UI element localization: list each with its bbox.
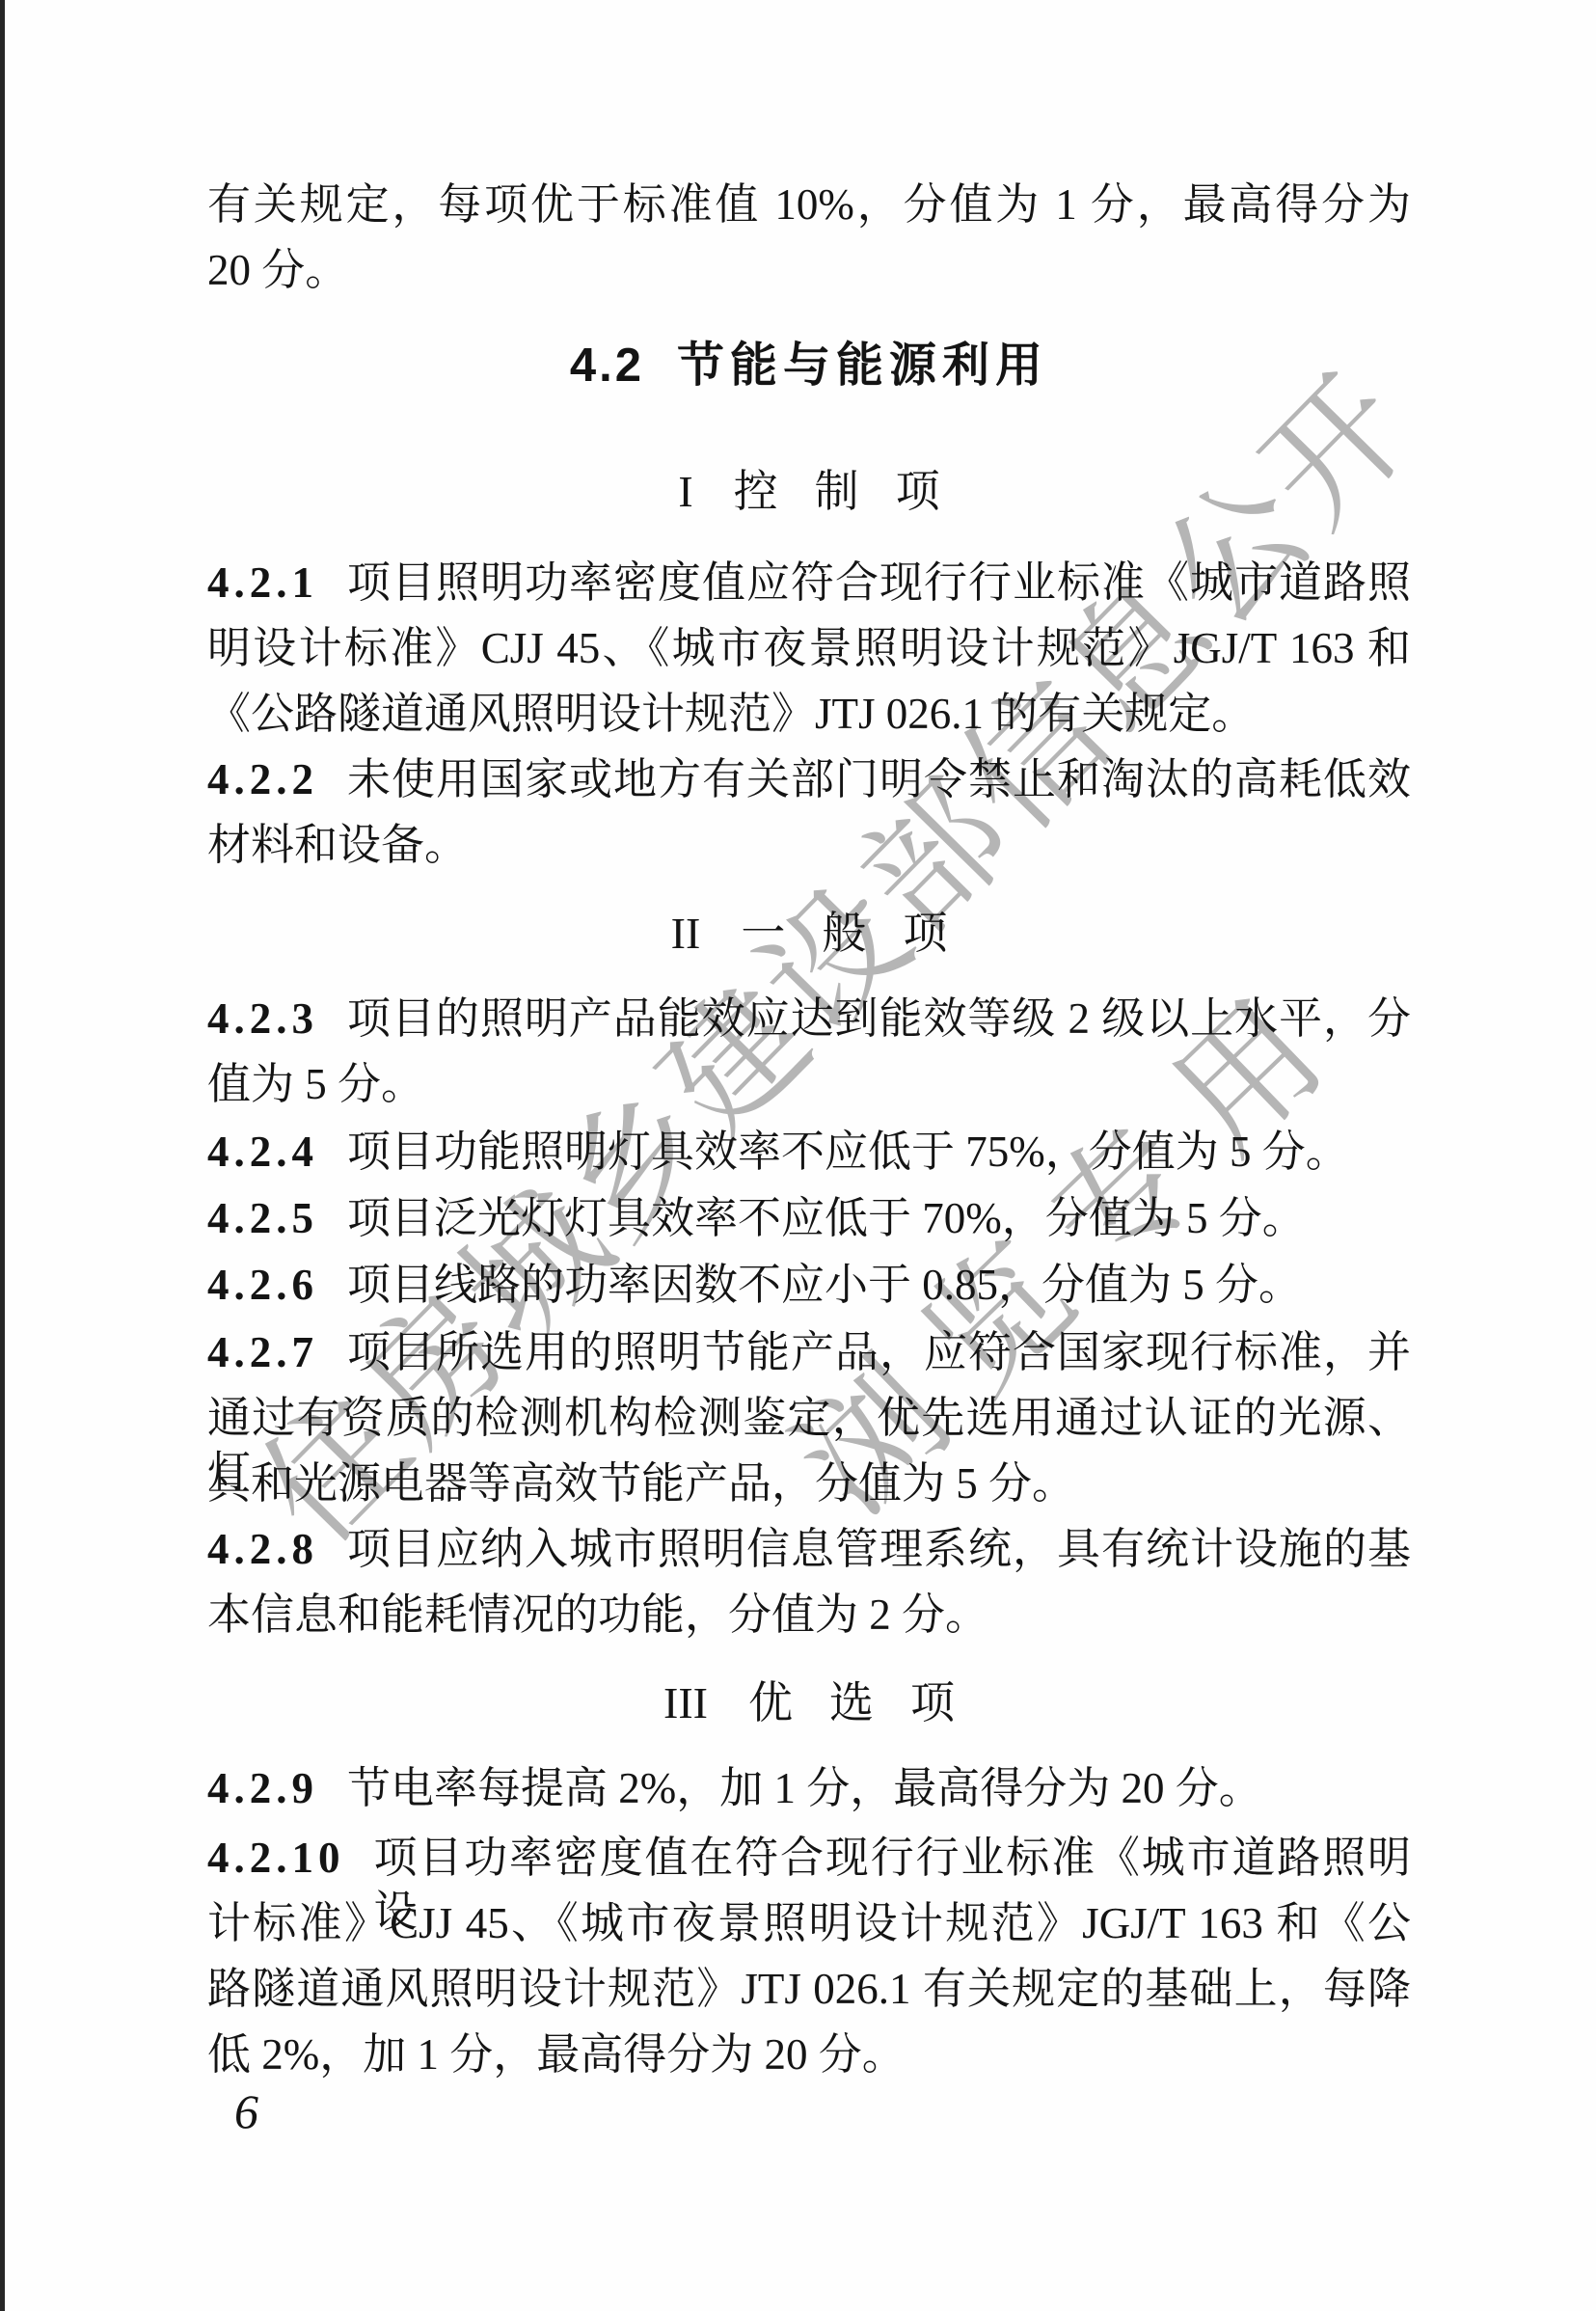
clause-number: 4.2.5 bbox=[207, 1191, 318, 1245]
clause-4-2-3-line-1: 4.2.3项目的照明产品能效应达到能效等级 2 级以上水平，分 bbox=[207, 992, 1411, 1046]
clause-text: 项目功能照明灯具效率不应低于 75%，分值为 5 分。 bbox=[347, 1125, 1411, 1179]
clause-number: 4.2.10 bbox=[207, 1831, 345, 1885]
clause-4-2-10-line-1: 4.2.10项目功率密度值在符合现行行业标准《城市道路照明设 bbox=[207, 1831, 1411, 1885]
clause-text: 项目应纳入城市照明信息管理系统，具有统计设施的基 bbox=[347, 1522, 1411, 1576]
section-heading: 4.2节能与能源利用 bbox=[207, 338, 1411, 394]
intro-line-1: 有关规定，每项优于标准值 10%，分值为 1 分，最高得分为 bbox=[207, 177, 1411, 231]
clause-4-2-10-line-3: 路隧道通风照明设计规范》JTJ 026.1 有关规定的基础上，每降 bbox=[207, 1962, 1411, 2016]
group-heading-preferred-items: III优选项 bbox=[207, 1676, 1411, 1730]
group-numeral: II bbox=[671, 909, 701, 958]
scan-edge-artifact bbox=[0, 0, 5, 2311]
group-title: 优选项 bbox=[748, 1678, 991, 1727]
clause-4-2-10-line-4: 低 2%，加 1 分，最高得分为 20 分。 bbox=[207, 2027, 1411, 2081]
group-numeral: III bbox=[663, 1678, 708, 1727]
section-number: 4.2 bbox=[570, 340, 644, 392]
page-number: 6 bbox=[234, 2083, 258, 2139]
clause-text: 节电率每提高 2%，加 1 分，最高得分为 20 分。 bbox=[347, 1761, 1411, 1815]
clause-text: 项目功率密度值在符合现行行业标准《城市道路照明设 bbox=[374, 1831, 1412, 1885]
clause-4-2-6-line-1: 4.2.6项目线路的功率因数不应小于 0.85，分值为 5 分。 bbox=[207, 1258, 1411, 1312]
clause-4-2-5-line-1: 4.2.5项目泛光灯灯具效率不应低于 70%，分值为 5 分。 bbox=[207, 1191, 1411, 1245]
clause-number: 4.2.6 bbox=[207, 1258, 318, 1312]
clause-text: 项目照明功率密度值应符合现行行业标准《城市道路照 bbox=[347, 556, 1411, 610]
clause-text: 项目线路的功率因数不应小于 0.85，分值为 5 分。 bbox=[347, 1258, 1411, 1312]
clause-4-2-9-line-1: 4.2.9节电率每提高 2%，加 1 分，最高得分为 20 分。 bbox=[207, 1761, 1411, 1815]
clause-number: 4.2.1 bbox=[207, 556, 318, 610]
clause-4-2-7-line-1: 4.2.7项目所选用的照明节能产品，应符合国家现行标准，并 bbox=[207, 1325, 1411, 1379]
document-page: 住房城乡建设部信息公开 浏览专用 有关规定，每项优于标准值 10%，分值为 1 … bbox=[0, 0, 1596, 2311]
clause-text: 项目的照明产品能效应达到能效等级 2 级以上水平，分 bbox=[347, 992, 1411, 1046]
clause-4-2-3-line-2: 值为 5 分。 bbox=[207, 1057, 1411, 1111]
clause-4-2-2-line-1: 4.2.2未使用国家或地方有关部门明令禁止和淘汰的高耗低效 bbox=[207, 752, 1411, 806]
clause-4-2-2-line-2: 材料和设备。 bbox=[207, 818, 1411, 872]
clause-4-2-10-line-2: 计标准》CJJ 45、《城市夜景照明设计规范》JGJ/T 163 和《公 bbox=[207, 1896, 1411, 1950]
clause-number: 4.2.8 bbox=[207, 1522, 318, 1576]
clause-4-2-8-line-2: 本信息和能耗情况的功能，分值为 2 分。 bbox=[207, 1588, 1411, 1642]
clause-4-2-4-line-1: 4.2.4项目功能照明灯具效率不应低于 75%，分值为 5 分。 bbox=[207, 1125, 1411, 1179]
clause-text: 未使用国家或地方有关部门明令禁止和淘汰的高耗低效 bbox=[347, 752, 1411, 806]
clause-4-2-8-line-1: 4.2.8项目应纳入城市照明信息管理系统，具有统计设施的基 bbox=[207, 1522, 1411, 1576]
group-numeral: I bbox=[678, 467, 692, 516]
intro-line-2: 20 分。 bbox=[207, 243, 1411, 297]
clause-number: 4.2.4 bbox=[207, 1125, 318, 1179]
group-heading-control-items: I控制项 bbox=[207, 465, 1411, 519]
group-heading-general-items: II一般项 bbox=[207, 907, 1411, 961]
clause-number: 4.2.2 bbox=[207, 752, 318, 806]
clause-text: 项目泛光灯灯具效率不应低于 70%，分值为 5 分。 bbox=[347, 1191, 1411, 1245]
section-title: 节能与能源利用 bbox=[677, 340, 1048, 392]
clause-number: 4.2.7 bbox=[207, 1325, 318, 1379]
clause-4-2-1-line-1: 4.2.1项目照明功率密度值应符合现行行业标准《城市道路照 bbox=[207, 556, 1411, 610]
clause-4-2-1-line-2: 明设计标准》CJJ 45、《城市夜景照明设计规范》JGJ/T 163 和 bbox=[207, 621, 1411, 675]
group-title: 一般项 bbox=[741, 909, 984, 958]
clause-number: 4.2.9 bbox=[207, 1761, 318, 1815]
clause-4-2-1-line-3: 《公路隧道通风照明设计规范》JTJ 026.1 的有关规定。 bbox=[207, 687, 1411, 741]
clause-4-2-7-line-2: 通过有资质的检测机构检测鉴定，优先选用通过认证的光源、灯 bbox=[207, 1391, 1411, 1445]
group-title: 控制项 bbox=[734, 467, 977, 516]
clause-number: 4.2.3 bbox=[207, 992, 318, 1046]
clause-4-2-7-line-3: 具和光源电器等高效节能产品，分值为 5 分。 bbox=[207, 1456, 1411, 1510]
clause-text: 项目所选用的照明节能产品，应符合国家现行标准，并 bbox=[347, 1325, 1411, 1379]
